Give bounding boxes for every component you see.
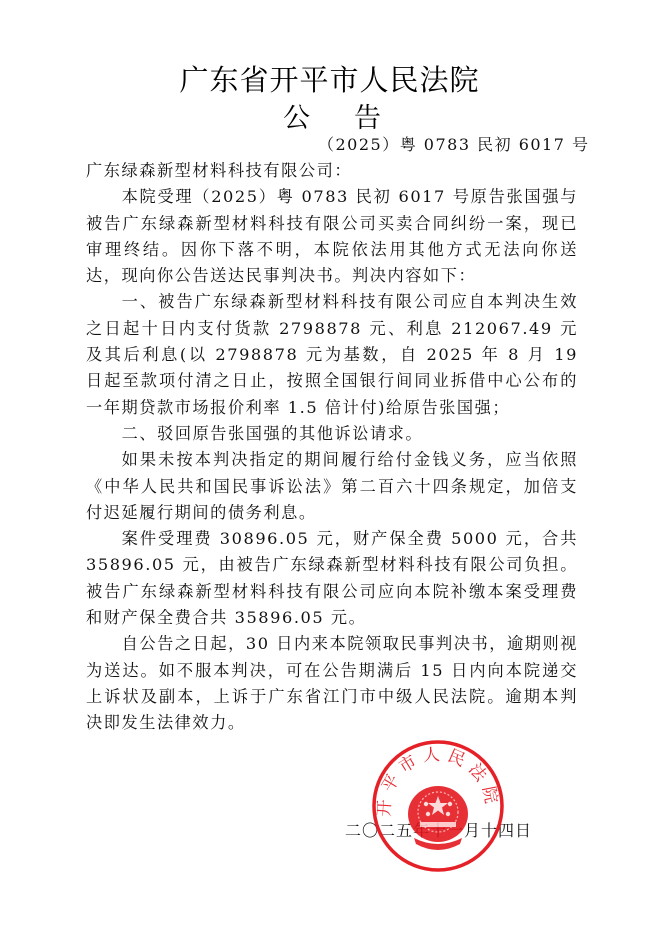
court-seal-icon: 开平市人民法院: [370, 738, 506, 874]
paragraph-judgment-item-2: 二、驳回原告张国强的其他诉讼请求。: [86, 421, 578, 447]
document-type-heading: 公告: [283, 96, 381, 135]
paragraph-court-fees: 案件受理费 30896.05 元，财产保全费 5000 元，合共 35896.0…: [86, 526, 578, 631]
addressee: 广东绿森新型材料科技有限公司：: [86, 158, 578, 184]
announcement-body: 广东绿森新型材料科技有限公司： 本院受理（2025）粤 0783 民初 6017…: [86, 158, 578, 737]
paragraph-judgment-item-1: 一、被告广东绿森新型材料科技有限公司应自本判决生效之日起十日内支付货款 2798…: [86, 289, 578, 420]
document-type-char-2: 告: [354, 96, 381, 135]
paragraph-service-and-appeal: 自公告之日起，30 日内来本院领取民事判决书，逾期则视为送达。如不服本判决，可在…: [86, 631, 578, 736]
document-type-char-1: 公: [283, 96, 310, 135]
case-number: （2025）粤 0783 民初 6017 号: [318, 132, 590, 155]
paragraph-delay-interest: 如果未按本判决指定的期间履行给付金钱义务，应当依照《中华人民共和国民事诉讼法》第…: [86, 447, 578, 526]
paragraph-case-intro: 本院受理（2025）粤 0783 民初 6017 号原告张国强与被告广东绿森新型…: [86, 184, 578, 289]
court-name-title: 广东省开平市人民法院: [0, 58, 659, 99]
